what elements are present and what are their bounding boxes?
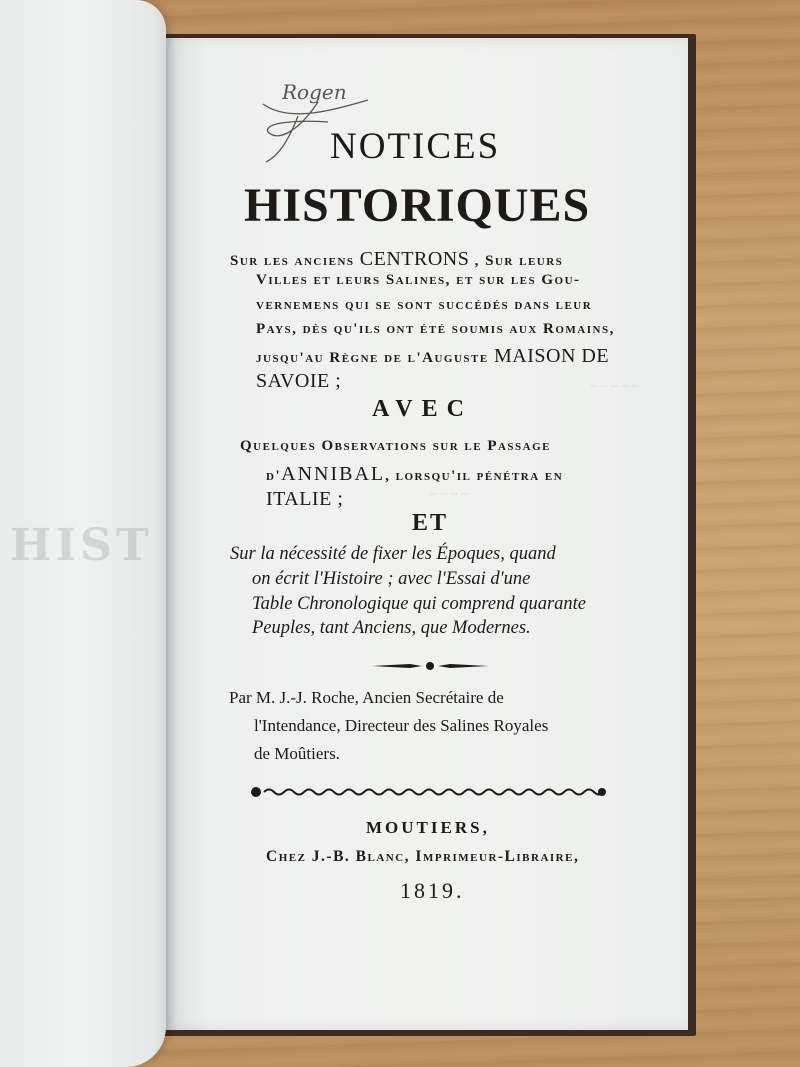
subtitle-line: Villes et leurs Salines, et sur les Gou-	[256, 272, 581, 289]
subtitle-line: jusqu'au Règne de l'Auguste MAISON DE	[256, 345, 609, 368]
imprint-printer: Chez J.-B. Blanc, Imprimeur-Libraire,	[266, 848, 579, 866]
subtitle-line: Pays, dès qu'ils ont été soumis aux Roma…	[256, 321, 615, 338]
title-line-2: HISTORIQUES	[244, 178, 590, 233]
imprint-city: MOUTIERS,	[366, 818, 490, 838]
author-line: Par M. J.-J. Roche, Ancien Secrétaire de	[229, 688, 504, 708]
bleed-through-mark: ~ ~ ~ ~	[430, 486, 468, 502]
observations-line: d'ANNIBAL, lorsqu'il pénétra en	[266, 463, 563, 486]
subtitle-line: vernemens qui se sont succédés dans leur	[256, 297, 592, 314]
italic-line: Table Chronologique qui comprend quarant…	[252, 594, 586, 615]
italic-line: on écrit l'Histoire ; avec l'Essai d'une	[252, 569, 530, 590]
subtitle-line: Sur les anciens CENTRONS , Sur leurs	[230, 248, 563, 271]
italic-line: Peuples, tant Anciens, que Modernes.	[252, 618, 531, 639]
subtitle-line: SAVOIE ;	[256, 370, 341, 393]
wavy-rule-icon	[250, 784, 610, 800]
ornament-divider-icon	[370, 659, 490, 673]
observations-line: Quelques Observations sur le Passage	[240, 438, 551, 455]
author-line: de Moûtiers.	[254, 744, 340, 764]
bleed-through-mark: ~ ~ ~ ~ ~	[590, 378, 638, 394]
italic-line: Sur la nécessité de fixer les Époques, q…	[230, 544, 556, 565]
author-line: l'Intendance, Directeur des Salines Roya…	[254, 716, 548, 736]
imprint-year: 1819.	[400, 878, 465, 904]
observations-line: ITALIE ;	[266, 488, 343, 511]
avec-heading: AVEC	[372, 396, 473, 423]
left-page: HIST	[0, 0, 166, 1067]
left-page-bleed-text: HIST	[10, 520, 153, 571]
title-line-1: NOTICES	[330, 125, 500, 168]
et-heading: ET	[412, 510, 448, 537]
